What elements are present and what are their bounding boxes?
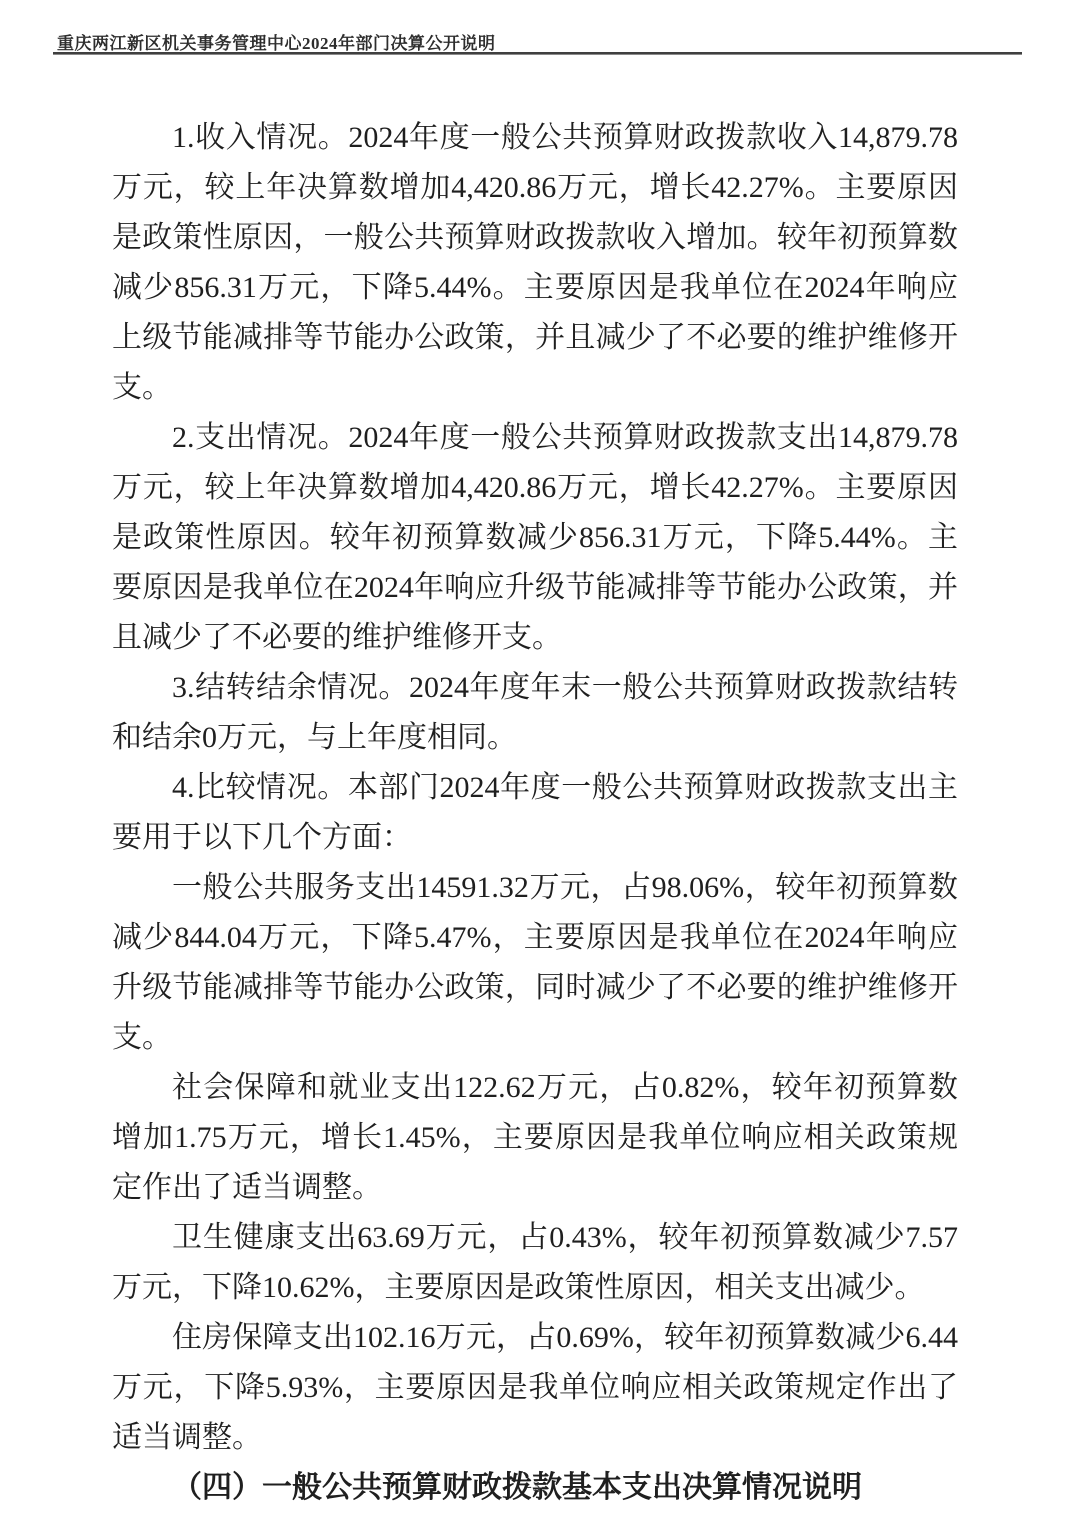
document-body: 1.收入情况。2024年度一般公共预算财政拨款收入14,879.78万元，较上年… [112,113,958,1513]
document-page: 重庆两江新区机关事务管理中心2024年部门决算公开说明 1.收入情况。2024年… [0,0,1074,1520]
paragraph-general-public-services: 一般公共服务支出14591.32万元，占98.06%，较年初预算数减少844.0… [112,863,958,1063]
paragraph-housing-security: 住房保障支出102.16万元，占0.69%，较年初预算数减少6.44万元，下降5… [112,1313,958,1463]
paragraph-social-security-employment: 社会保障和就业支出122.62万元，占0.82%，较年初预算数增加1.75万元，… [112,1063,958,1213]
header-rule [53,52,1022,55]
paragraph-health: 卫生健康支出63.69万元，占0.43%，较年初预算数减少7.57万元，下降10… [112,1213,958,1313]
header-title: 重庆两江新区机关事务管理中心2024年部门决算公开说明 [57,29,496,54]
paragraph-comparison: 4.比较情况。本部门2024年度一般公共预算财政拨款支出主要用于以下几个方面： [112,763,958,863]
page-footer: -3- [0,1479,1074,1496]
page-header: 重庆两江新区机关事务管理中心2024年部门决算公开说明 [53,0,1022,55]
page-number: -3- [527,1479,548,1495]
paragraph-carryover-balance: 3.结转结余情况。2024年度年末一般公共预算财政拨款结转和结余0万元，与上年度… [112,663,958,763]
paragraph-expenditure: 2.支出情况。2024年度一般公共预算财政拨款支出14,879.78万元，较上年… [112,413,958,663]
paragraph-income: 1.收入情况。2024年度一般公共预算财政拨款收入14,879.78万元，较上年… [112,113,958,413]
